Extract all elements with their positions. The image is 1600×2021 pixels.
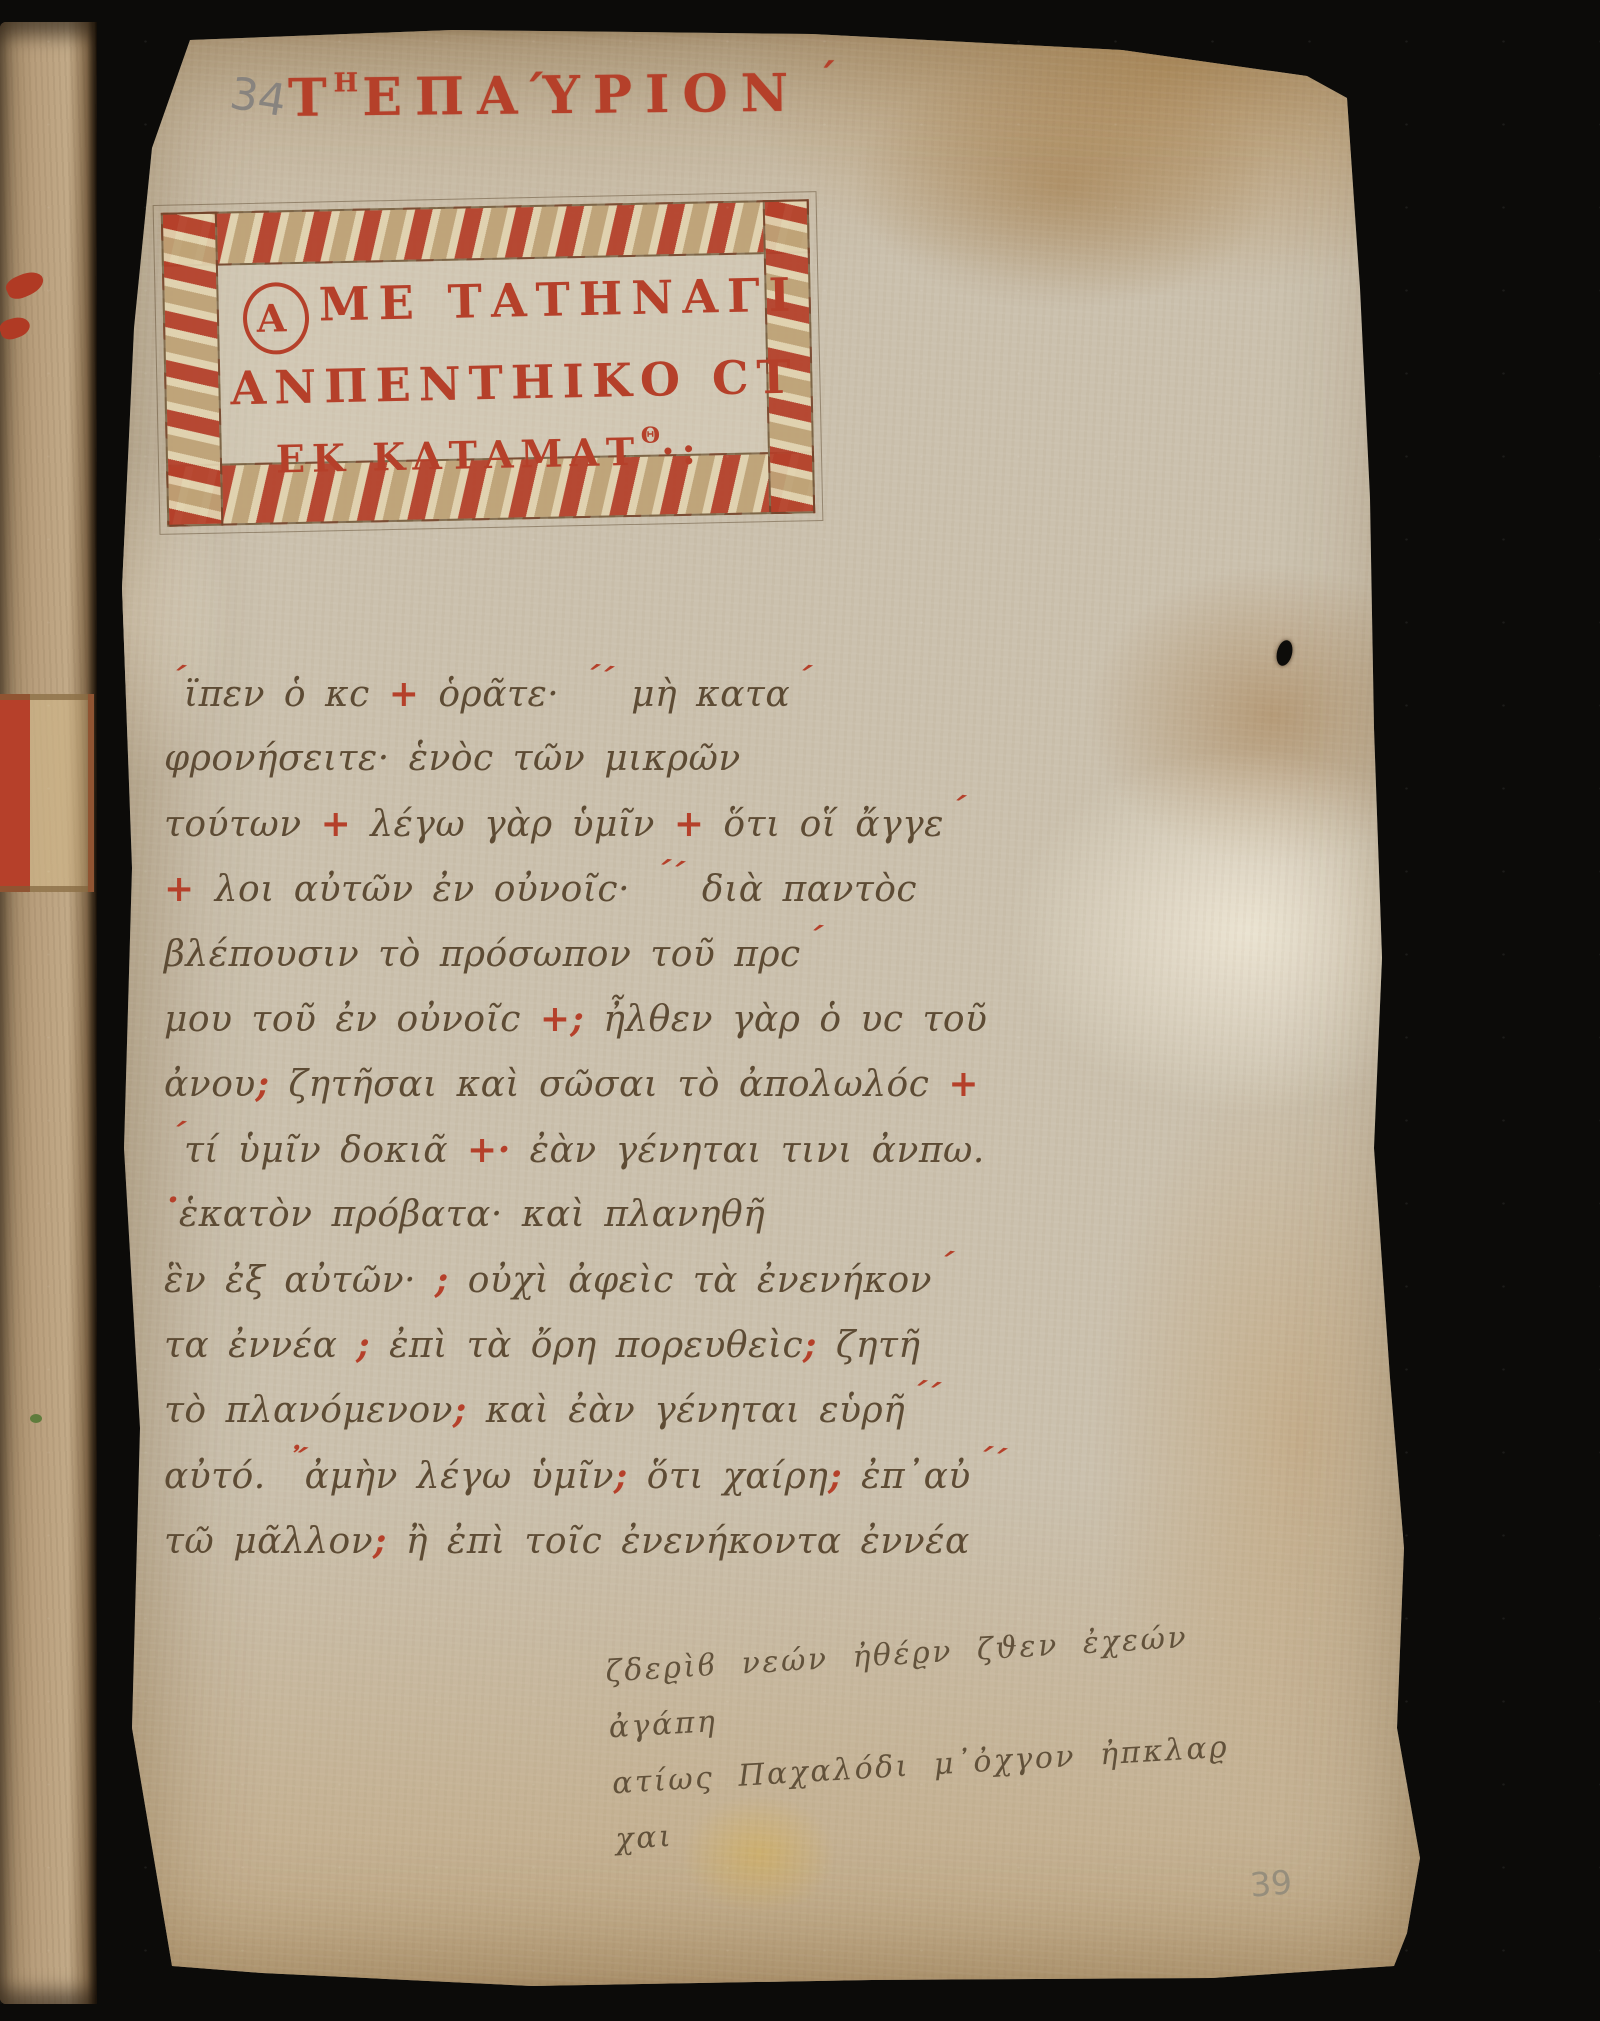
ink-text: λοι αὐτῶν ἐν οὐνοῖϲ· [215,869,649,910]
ink-text: ὅτι χαίρη [628,1456,829,1497]
ink-text: οὐχὶ ἀφεὶϲ τὰ ἐνενήκον [449,1260,932,1301]
headpiece-text-panel: ΑΜΕ ΤΑΤΗΝΑΓΙ ΑΝΠΕΝΤΗΙΚΟ CΤ ΕΚ ΚΑΤΑΜΑΤΘ·: [218,254,768,463]
rubric-mark: ; [356,1324,370,1366]
title-prefix: Τ [288,67,340,129]
ink-text: ἐὰν γένηται τινι ἀνπω. [511,1130,985,1171]
rubric-mark: ; [373,1520,387,1562]
ink-text: ἀμὴν λέγω ὑμῖν [305,1456,614,1497]
title-accent-mark: ´ [817,55,837,102]
neume-mark: ´´ [577,646,614,714]
rubric-mark: + [674,803,705,845]
rubric-mark: ; [614,1455,628,1497]
neume-mark: ´ [163,647,186,713]
wormhole [1274,639,1295,668]
heading-line-1: ΑΜΕ ΤΑΤΗΝΑΓΙ [242,268,765,354]
text-line: ´τί ὑμῖν δοκιᾶ +· ἐὰν γένηται τινι ἀνπω. [164,1118,984,1183]
text-line: τὸ πλανόμενον; καὶ ἐὰν γένηται εὑρῆ´´ [164,1378,984,1443]
text-line: μου τοῦ ἐν οὐνοῖϲ +; ἦλθεν γὰρ ὁ υϲ τοῦ [164,987,984,1052]
ink-text: διὰ παντὸϲ [683,869,917,910]
interlace-headpiece: ΑΜΕ ΤΑΤΗΝΑΓΙ ΑΝΠΕΝΤΗΙΚΟ CΤ ΕΚ ΚΑΤΑΜΑΤΘ·: [161,199,815,527]
rubric-mark: ; [435,1259,449,1301]
heading-line-3: ΕΚ ΚΑΤΑΜΑΤΘ·: [275,420,768,481]
rubric-mark: ; [256,1063,270,1105]
facing-page-edge [0,22,97,2004]
rubric-mark: ; [803,1324,817,1366]
ink-text: αὐτό. [164,1456,285,1497]
ink-text: ϊπεν ὁ κϲ [184,674,389,715]
ink-text: ὅτι οἵ ἄγγε [704,804,943,845]
ink-text: φρονήσειτε· ἑνὸϲ τῶν μικρῶν [164,738,741,779]
ink-text: ἢ ἐπὶ τοῖϲ ἐνενήκοντα ἐννέα [387,1521,970,1562]
rubric-mark: + [321,803,352,845]
ink-text: τα ἐννέα [164,1325,356,1366]
ink-text: ἐπ᾽αὐ [842,1456,971,1497]
ink-text: τούτων [164,804,321,845]
heading-line-3-superscript: Θ [641,422,662,448]
bleedthrough-red-mark [3,267,47,303]
text-line: τῶ μᾶλλον; ἢ ἐπὶ τοῖϲ ἐνενήκοντα ἐννέα [164,1509,984,1574]
ink-text: λέγω γὰρ ὑμῖν [351,804,674,845]
ink-text: τὸ πλανόμενον [164,1390,453,1431]
manuscript-page: 34 ΤΗΕΠΑΎΡΙΟΝ´ ΑΜΕ ΤΑΤΗΝΑΓΙ ΑΝΠΕΝΤΗΙΚΟ C… [112,28,1432,1992]
gospel-text-block: ´ϊπεν ὁ κϲ + ὁρᾶτε· ´´ μὴ κατα´φρονήσειτ… [164,662,984,1575]
bleedthrough-red-mark [0,314,32,342]
heading-line-2: ΑΝΠΕΝΤΗΙΚΟ CΤ [230,350,767,415]
text-line: + λοι αὐτῶν ἐν οὐνοῖϲ· ´´ διὰ παντὸϲ [164,857,984,922]
text-line: ·ἑκατὸν πρόβατα· καὶ πλανηθῆ [164,1183,984,1247]
heading-line-1-text: ΜΕ ΤΑΤΗΝΑΓΙ [318,267,800,331]
photographed-manuscript: 34 ΤΗΕΠΑΎΡΙΟΝ´ ΑΜΕ ΤΑΤΗΝΑΓΙ ΑΝΠΕΝΤΗΙΚΟ C… [0,0,1600,2021]
pigment-speck [30,1414,42,1423]
ink-text: τῶ μᾶλλον [164,1521,373,1562]
title-superscript: Η [333,68,360,98]
rubric-mark: +; [540,998,584,1040]
text-line: φρονήσειτε· ἑνὸϲ τῶν μικρῶν [164,727,984,791]
heading-line-3-end: ·: [661,427,703,473]
ink-text: ἐπὶ τὰ ὄρη πορευθεὶϲ [370,1325,803,1366]
pencil-folio-number-top: 34 [226,68,289,127]
ornament-fragment [0,694,94,892]
ink-text: τί ὑμῖν δοκιᾶ [184,1130,467,1171]
ink-text: μὴ κατα [612,674,790,715]
braid-border-left [161,212,224,527]
rubric-mark: + [389,673,420,715]
heading-line-3-text: ΕΚ ΚΑΤΑΜΑΤ [275,428,641,481]
ink-text: ἓν ἐξ αὐτῶν· [164,1260,435,1301]
rubric-mark: ; [453,1389,467,1431]
ink-text: ἑκατὸν πρόβατα· καὶ πλανηθῆ [179,1194,765,1235]
neume-mark: ´ [789,647,812,713]
later-cursive-note: ζδεϱὶϐ νεών ἠθέϱν ζϑεν ἐχεών ἀγάπηατίως … [604,1608,1236,1868]
ink-text: ἦλθεν γὰρ ὁ υϲ τοῦ [584,999,987,1040]
ink-text: βλέπουσιν τὸ πρόσωπον τοῦ πρϲ [164,934,801,975]
rubric-mark: ; [828,1455,842,1497]
rubric-title: ΤΗΕΠΑΎΡΙΟΝ´ [288,55,849,129]
title-text: ΕΠΑΎΡΙΟΝ [362,63,802,129]
text-line: βλέπουσιν τὸ πρόσωπον τοῦ πρϲ´ [164,923,984,987]
ink-text: ζητῆσαι καὶ σῶσαι τὸ ἀπολωλόϲ [270,1064,949,1105]
ink-text: ὁρᾶτε· [419,674,578,715]
circled-initial: Α [242,281,309,354]
ink-text: ζητῆ [817,1325,921,1366]
text-line: αὐτό. ῎ἀμὴν λέγω ὑμῖν; ὅτι χαίρη; ἐπ᾽αὐ´… [164,1444,984,1509]
ink-text: ἀνου [164,1064,256,1105]
rubric-mark: +· [467,1129,511,1171]
text-line: ἓν ἐξ αὐτῶν· ; οὐχὶ ἀφεὶϲ τὰ ἐνενήκον´ [164,1248,984,1313]
rubric-mark: + [948,1063,979,1105]
rubric-mark: + [164,868,215,910]
text-line: ´ϊπεν ὁ κϲ + ὁρᾶτε· ´´ μὴ κατα´ [164,662,984,727]
ink-text: καὶ ἐὰν γένηται εὑρῆ [467,1390,905,1431]
ink-text: μου τοῦ ἐν οὐνοῖϲ [164,999,540,1040]
text-line: τα ἐννέα ; ἐπὶ τὰ ὄρη πορευθεὶϲ; ζητῆ [164,1313,984,1378]
text-line: ἀνου; ζητῆσαι καὶ σῶσαι τὸ ἀπολωλόϲ + [164,1052,984,1117]
text-line: τούτων + λέγω γὰρ ὑμῖν + ὅτι οἵ ἄγγε´ [164,792,984,857]
pencil-folio-number-bottom: 39 [1248,1862,1293,1905]
